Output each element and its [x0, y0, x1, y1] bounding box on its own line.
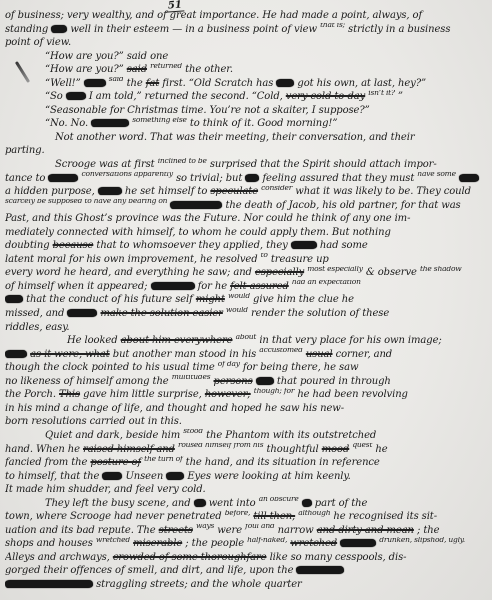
handwritten-text: gorged their offences of smell, and dirt… [5, 565, 293, 576]
manuscript-line: missed, and make the solution easier wou… [5, 307, 489, 321]
ink-blot-deletion [256, 377, 274, 385]
manuscript-line: Past, and this Ghost’s province was the … [5, 212, 489, 226]
handwritten-text: render the solution of these [251, 308, 389, 319]
interlinear-insertion: half-naked, [247, 537, 287, 544]
manuscript-line: Scrooge was at first inclined to be surp… [5, 158, 489, 172]
struck-through-text: speculate [210, 186, 258, 197]
interlinear-insertion: would [226, 307, 248, 314]
manuscript-line: “Seasonable for Christmas time. You’re n… [5, 104, 489, 118]
handwritten-text: ; the [417, 525, 439, 536]
interlinear-insertion: scarcely be supposed to have any bearing… [5, 199, 167, 206]
ink-blot-deletion [48, 174, 78, 182]
manuscript-line: to himself, that the Unseen Eyes were lo… [5, 470, 489, 484]
handwritten-text: the [127, 78, 143, 89]
manuscript-line: “So I am told,” returned the second. “Co… [5, 90, 489, 104]
handwritten-text: mediately connected with himself, to who… [5, 227, 391, 238]
struck-through-text: raised himself and [83, 444, 175, 455]
manuscript-line: that the conduct of his future self migh… [5, 293, 489, 307]
manuscript-line: He looked about him everywhere about in … [5, 334, 489, 348]
handwritten-text: missed, and [5, 308, 64, 319]
ink-blot-deletion [67, 309, 97, 317]
manuscript-line: latent moral for his own improvement, he… [5, 253, 489, 267]
interlinear-insertion: an obscure [259, 497, 299, 504]
struck-through-text: mood [322, 444, 350, 455]
manuscript-line: They left the busy scene, and went into … [5, 497, 489, 511]
handwritten-text: riddles, easy. [5, 322, 70, 333]
handwritten-text: tance to [5, 173, 45, 184]
handwritten-text: I am told,” returned the second. “Cold, [89, 91, 283, 102]
ink-blot-deletion [276, 79, 294, 87]
ink-blot-deletion [459, 174, 479, 182]
struck-through-text: because [53, 240, 94, 251]
struck-through-text: said [127, 64, 147, 75]
handwritten-text: a hidden purpose, [5, 186, 95, 197]
handwritten-text: give him the clue he [253, 294, 354, 305]
interlinear-insertion: multitudes [172, 375, 211, 382]
manuscript-line: the Porch. This gave him little surprise… [5, 388, 489, 402]
manuscript-line: as it were, what but another man stood i… [5, 348, 489, 362]
handwritten-text: “So [45, 91, 63, 102]
handwritten-text: & observe [366, 267, 417, 278]
manuscript-line: point of view. [5, 36, 489, 50]
interlinear-insertion: though; for [254, 388, 294, 395]
interlinear-insertion: of day [218, 361, 240, 368]
interlinear-insertion: the shadow [420, 266, 462, 273]
handwritten-text: to think of it. Good morning!” [190, 118, 338, 129]
ink-blot-deletion [98, 187, 122, 195]
struck-through-text: especially [255, 267, 304, 278]
ink-blot-deletion [291, 241, 317, 249]
manuscript-line: “How are you?” said returned the other. [5, 63, 489, 77]
struck-through-text: posture of [90, 457, 141, 468]
handwritten-text: standing [5, 24, 48, 35]
handwritten-text: so trivial; but [176, 173, 242, 184]
struck-through-text: fat [146, 78, 159, 89]
handwritten-text: had some [320, 240, 368, 251]
ink-blot-deletion [245, 174, 259, 182]
handwritten-text: “How are you?” [45, 64, 124, 75]
manuscript-line: no likeness of himself among the multitu… [5, 375, 489, 389]
handwritten-text: what it was likely to be. They could [295, 186, 471, 197]
manuscript-line: Alleys and archways, crowded of some tho… [5, 551, 489, 565]
handwritten-text: point of view. [5, 37, 71, 48]
handwritten-text: shops and houses [5, 538, 93, 549]
handwritten-text: They left the busy scene, and [45, 498, 191, 509]
ink-blot-deletion [166, 472, 184, 480]
handwritten-text: treasure up [271, 254, 329, 265]
handwritten-text: feeling assured that they must [262, 173, 414, 184]
struck-through-text: till then, [253, 511, 295, 522]
manuscript-line: shops and houses wretched miserable ; th… [5, 537, 489, 551]
manuscript-line: parting. [5, 144, 489, 158]
handwritten-text: doubting [5, 240, 50, 251]
manuscript-line: riddles, easy. [5, 321, 489, 335]
interlinear-insertion: something else [132, 117, 187, 124]
ink-blot-deletion [340, 539, 376, 547]
handwritten-text: the death of Jacob, his old partner, for… [226, 200, 461, 211]
struck-through-text: felt assured [230, 281, 289, 292]
interlinear-insertion: had an expectation [292, 280, 361, 287]
manuscript-line: of business; very wealthy, and of great … [5, 9, 489, 23]
manuscript-line: a hidden purpose, he set himself to spec… [5, 185, 489, 199]
interlinear-insertion: quest [352, 443, 372, 450]
interlinear-insertion: before, [225, 510, 251, 517]
handwritten-text: he [375, 444, 387, 455]
ink-blot-deletion [296, 566, 344, 574]
handwritten-text: “Well!” [45, 78, 81, 89]
handwritten-text: latent moral for his own improvement, he… [5, 254, 258, 265]
manuscript-line: mediately connected with himself, to who… [5, 226, 489, 240]
handwritten-text: ” [398, 91, 403, 102]
manuscript-line: gorged their offences of smell, and dirt… [5, 564, 489, 578]
interlinear-insertion: ways [196, 524, 214, 531]
handwritten-text: Past, and this Ghost’s province was the … [5, 213, 410, 224]
handwritten-text: straggling streets; and the whole quarte… [96, 579, 302, 590]
handwritten-text: born resolutions carried out in this. [5, 416, 182, 427]
manuscript-line: It made him shudder, and feel very cold. [5, 483, 489, 497]
handwritten-text: went into [209, 498, 256, 509]
ink-blot-deletion [5, 295, 23, 303]
manuscript-line: in his mind a change of life, and though… [5, 402, 489, 416]
handwritten-text: Unseen [125, 471, 163, 482]
handwritten-text: “No. No. [45, 118, 88, 129]
interlinear-insertion: wretched [96, 537, 130, 544]
handwritten-text: to himself, that the [5, 471, 99, 482]
manuscript-line: “No. No. something else to think of it. … [5, 117, 489, 131]
manuscript-line: scarcely be supposed to have any bearing… [5, 199, 489, 213]
handwritten-text: for being there, he saw [243, 362, 359, 373]
handwritten-text: that poured in through [277, 376, 391, 387]
handwritten-text: but another man stood in his [113, 349, 256, 360]
struck-through-text: persons [214, 376, 253, 387]
manuscript-line: tance to conversations apparently so tri… [5, 172, 489, 186]
handwritten-text: every word he heard, and everything he s… [5, 267, 252, 278]
handwritten-text: the hand, and its situation in reference [186, 457, 380, 468]
manuscript-line: straggling streets; and the whole quarte… [5, 578, 489, 592]
ink-blot-deletion [5, 350, 27, 358]
struck-through-text: streets [159, 525, 193, 536]
manuscript-line: Quiet and dark, beside him stood the Pha… [5, 429, 489, 443]
interlinear-insertion: consider [261, 185, 292, 192]
handwritten-text: in that very place for his own image; [259, 335, 441, 346]
struck-through-text: about him everywhere [121, 335, 233, 346]
handwritten-text: surprised that the Spirit should attach … [210, 159, 437, 170]
interlinear-insertion: although [298, 510, 330, 517]
handwritten-text: the Porch. [5, 389, 56, 400]
handwritten-text: that the conduct of his future self [26, 294, 193, 305]
struck-through-text: usual [306, 349, 333, 360]
struck-through-text: miserable [133, 538, 182, 549]
ink-blot-deletion [66, 92, 86, 100]
interlinear-insertion: have some [417, 172, 455, 179]
handwritten-text: he set himself to [125, 186, 207, 197]
handwritten-text: he recognised its sit- [333, 511, 437, 522]
handwritten-text: corner, and [336, 349, 393, 360]
handwritten-text: first. “Old Scratch has [162, 78, 273, 89]
manuscript-line: standing well in their esteem — in a bus… [5, 23, 489, 37]
manuscript-line: “How are you?” said one [5, 50, 489, 64]
manuscript-line: though the clock pointed to his usual ti… [5, 361, 489, 375]
handwritten-text: of business; very wealthy, and of great … [5, 10, 422, 21]
interlinear-insertion: would [228, 293, 250, 300]
struck-through-text: make the solution easier [101, 308, 223, 319]
handwritten-text: for he [198, 281, 227, 292]
handwritten-text: narrow [278, 525, 314, 536]
ink-blot-deletion [5, 580, 93, 588]
interlinear-insertion: stood [183, 429, 203, 436]
handwritten-text: Scrooge was at first [55, 159, 155, 170]
handwritten-text: He looked [67, 335, 118, 346]
interlinear-insertion: roused himself from his [178, 443, 263, 450]
handwritten-text: It made him shudder, and feel very cold. [5, 484, 206, 495]
interlinear-insertion: about [236, 334, 257, 341]
ink-blot-deletion [194, 499, 206, 507]
handwritten-text: parting. [5, 145, 45, 156]
interlinear-insertion: that is; [320, 23, 345, 30]
manuscript-page-scan: 51 of business; very wealthy, and of gre… [0, 0, 492, 600]
struck-through-text: might [196, 294, 225, 305]
interlinear-insertion: to [261, 253, 268, 260]
manuscript-line: doubting because that to whomsoever they… [5, 239, 489, 253]
handwritten-text: the Phantom with its outstretched [206, 430, 376, 441]
handwritten-text: uation and its bad repute. The [5, 525, 156, 536]
interlinear-insertion: inclined to be [158, 158, 207, 165]
handwritten-text: of himself when it appeared; [5, 281, 147, 292]
handwritten-text: “Seasonable for Christmas time. You’re n… [45, 105, 370, 116]
handwritten-text: the other. [185, 64, 233, 75]
handwritten-text: Eyes were looking at him keenly. [187, 471, 350, 482]
handwritten-text: were [217, 525, 242, 536]
interlinear-insertion: isn’t it? [368, 90, 395, 97]
struck-through-text: and dirty and mean [317, 525, 414, 536]
handwritten-text: no likeness of himself among the [5, 376, 169, 387]
manuscript-text-block: of business; very wealthy, and of great … [5, 9, 489, 592]
handwritten-text: well in their esteem — in a business poi… [70, 24, 317, 35]
struck-through-text: This [59, 389, 80, 400]
struck-through-text: crowded of some thoroughfare [113, 552, 267, 563]
handwritten-text: Alleys and archways, [5, 552, 110, 563]
handwritten-text: in his mind a change of life, and though… [5, 403, 344, 414]
handwritten-text: thoughtful [266, 444, 318, 455]
struck-through-text: as it were, what [30, 349, 110, 360]
ink-blot-deletion [84, 79, 106, 87]
handwritten-text: like so many cesspools, dis- [270, 552, 407, 563]
ink-blot-deletion [302, 499, 312, 507]
handwritten-text: he had been revolving [297, 389, 408, 400]
ink-blot-deletion [170, 201, 222, 209]
manuscript-line: “Well!” said the fat first. “Old Scratch… [5, 77, 489, 91]
struck-through-text: wretched [290, 538, 337, 549]
handwritten-text: that to whomsoever they applied, they [96, 240, 287, 251]
handwritten-text: hand. When he [5, 444, 80, 455]
manuscript-line: every word he heard, and everything he s… [5, 266, 489, 280]
manuscript-line: fancied from the posture of the turn of … [5, 456, 489, 470]
ink-blot-deletion [91, 119, 129, 127]
interlinear-insertion: foul and [245, 524, 274, 531]
handwritten-text: town, where Scrooge had never penetrated [5, 511, 222, 522]
manuscript-line: born resolutions carried out in this. [5, 415, 489, 429]
ink-blot-deletion [151, 282, 195, 290]
ink-blot-deletion [51, 25, 67, 33]
handwritten-text: strictly in a business [348, 24, 450, 35]
interlinear-insertion: most especially [307, 266, 363, 273]
interlinear-insertion: returned [150, 63, 182, 70]
interlinear-insertion: drunken, slipshod, ugly. [379, 537, 465, 544]
interlinear-insertion: said [109, 77, 124, 84]
handwritten-text: ; the people [185, 538, 244, 549]
ink-blot-deletion [102, 472, 122, 480]
handwritten-text: got his own, at last, hey?” [297, 78, 426, 89]
interlinear-insertion: conversations apparently [82, 172, 173, 179]
interlinear-insertion: the turn of [144, 456, 182, 463]
manuscript-line: Not another word. That was their meeting… [5, 131, 489, 145]
handwritten-text: gave him little surprise, [83, 389, 202, 400]
manuscript-line: hand. When he raised himself and roused … [5, 443, 489, 457]
struck-through-text: very cold to-day [286, 91, 365, 102]
manuscript-line: of himself when it appeared; for he felt… [5, 280, 489, 294]
handwritten-text: though the clock pointed to his usual ti… [5, 362, 215, 373]
handwritten-text: Not another word. That was their meeting… [55, 132, 415, 143]
handwritten-text: fancied from the [5, 457, 87, 468]
manuscript-line: town, where Scrooge had never penetrated… [5, 510, 489, 524]
interlinear-insertion: accustomed [259, 348, 302, 355]
struck-through-text: however; [205, 389, 251, 400]
manuscript-line: uation and its bad repute. The streets w… [5, 524, 489, 538]
handwritten-text: “How are you?” said one [45, 51, 168, 62]
handwritten-text: part of the [315, 498, 368, 509]
handwritten-text: Quiet and dark, beside him [45, 430, 180, 441]
